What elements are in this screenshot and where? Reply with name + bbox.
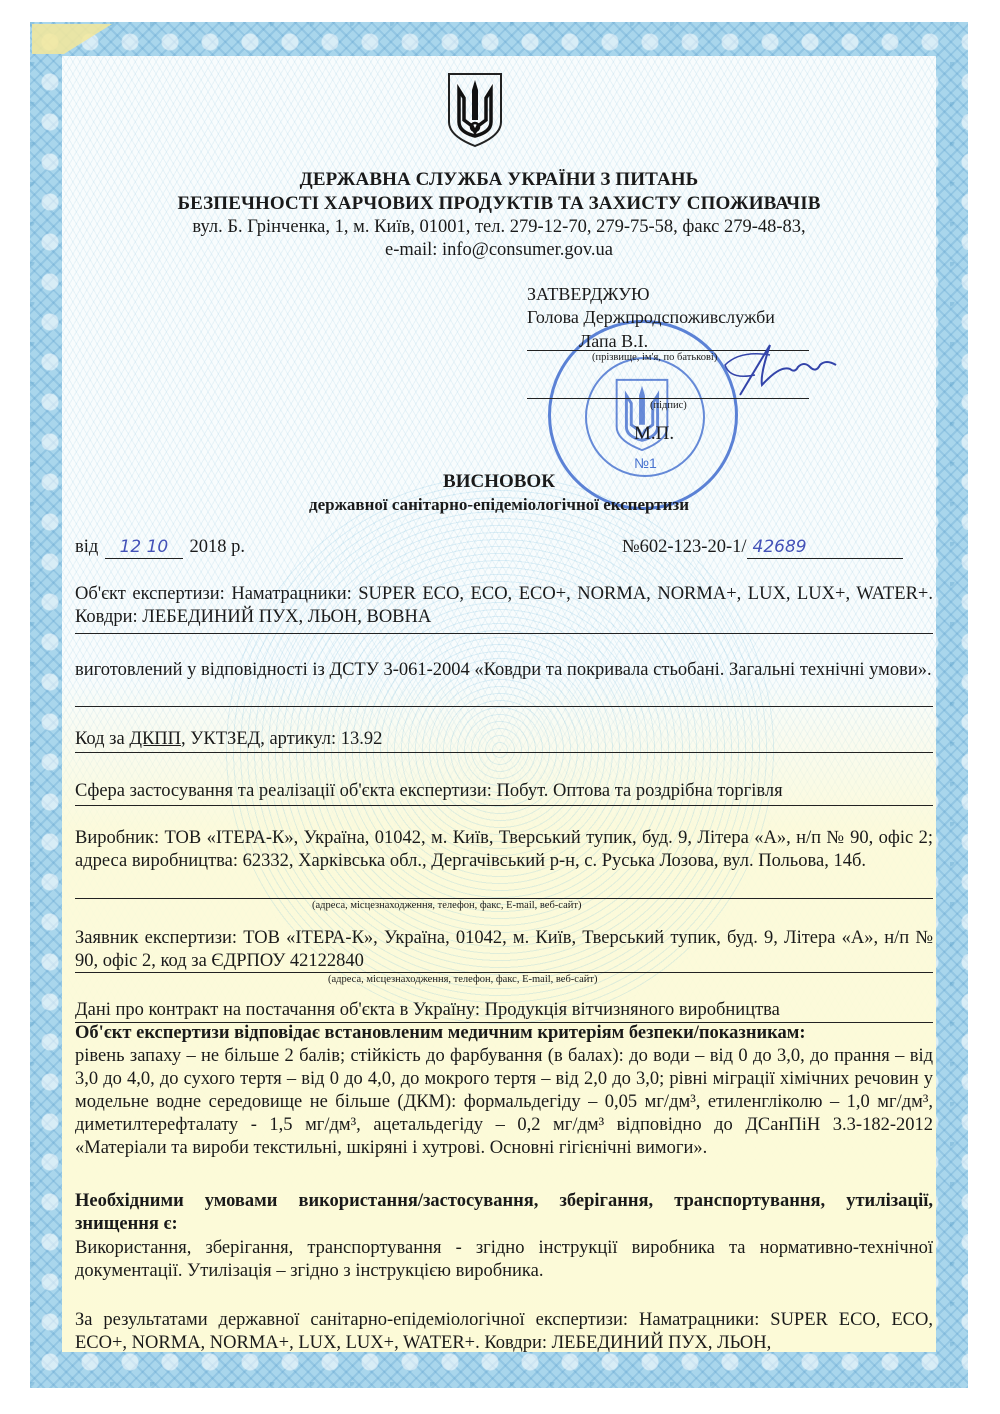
contract-data: Дані про контракт на постачання об'єкта … bbox=[75, 999, 933, 1022]
rule-applicant bbox=[75, 972, 933, 973]
code-prefix: Код за bbox=[75, 729, 129, 749]
seal-place-label: М.П. bbox=[634, 423, 674, 445]
document-number-prefix: №602-123-20-1/ bbox=[622, 537, 747, 557]
rule-scope bbox=[75, 805, 933, 806]
document-number-field: №602-123-20-1/ 42689 bbox=[622, 537, 903, 559]
manufacturer-address-caption: (адреса, місцезнаходження, телефон, факс… bbox=[312, 900, 581, 911]
rule-object bbox=[75, 633, 933, 634]
date-field: від 12 10 2018 р. bbox=[75, 537, 245, 559]
approve-label: ЗАТВЕРДЖУЮ bbox=[527, 283, 827, 306]
document-title: ВИСНОВОК державної санітарно-епідеміолог… bbox=[62, 470, 936, 516]
name-caption: (прізвище, ім'я, по батькові) bbox=[592, 352, 717, 363]
product-code: Код за ДКПП, УКТЗЕД, артикул: 13.92 bbox=[75, 728, 933, 751]
applicant: Заявник експертизи: ТОВ «ІТЕРА-К», Украї… bbox=[75, 927, 933, 973]
rule-manufacturer bbox=[75, 898, 933, 899]
issuer-name-line2: БЕЗПЕЧНОСТІ ХАРЧОВИХ ПРОДУКТІВ ТА ЗАХИСТ… bbox=[62, 192, 936, 216]
title-main: ВИСНОВОК bbox=[62, 470, 936, 494]
approver-name: Лапа В.І. bbox=[579, 331, 648, 351]
code-suffix: , УКТЗЕД, артикул: 13.92 bbox=[181, 729, 382, 749]
applicant-address-caption: (адреса, місцезнаходження, телефон, факс… bbox=[328, 974, 597, 985]
date-from-label: від bbox=[75, 537, 98, 557]
issuer-header: ДЕРЖАВНА СЛУЖБА УКРАЇНИ З ПИТАНЬ БЕЗПЕЧН… bbox=[62, 168, 936, 262]
date-handwritten: 12 10 bbox=[120, 537, 169, 557]
date-year: 2018 р. bbox=[190, 537, 246, 557]
issuer-name-line1: ДЕРЖАВНА СЛУЖБА УКРАЇНИ З ПИТАНЬ bbox=[62, 168, 936, 192]
trident-coat-of-arms-icon bbox=[445, 70, 505, 150]
object-of-expertise: Об'єкт експертизи: Наматрацники: SUPER E… bbox=[75, 583, 933, 629]
conditions-text: Використання, зберігання, транспортуванн… bbox=[75, 1237, 933, 1283]
criteria-text: рівень запаху – не більше 2 балів; стійк… bbox=[75, 1045, 933, 1160]
criteria-heading: Об'єкт експертизи відповідає встановлени… bbox=[75, 1022, 933, 1045]
dkpp-link[interactable]: ДКПП bbox=[129, 729, 181, 749]
scope-of-application: Сфера застосування та реалізації об'єкта… bbox=[75, 780, 933, 803]
title-sub: державної санітарно-епідеміологічної екс… bbox=[62, 494, 936, 516]
standard-compliance: виготовлений у відповідності із ДСТУ 3-0… bbox=[75, 659, 933, 682]
signature-caption: (підпис) bbox=[650, 400, 687, 411]
approval-block: ЗАТВЕРДЖУЮ Голова Держпродспоживслужби Л… bbox=[527, 283, 827, 329]
issuer-email: e-mail: info@consumer.gov.ua bbox=[62, 239, 936, 262]
manufacturer: Виробник: ТОВ «ІТЕРА-К», Україна, 01042,… bbox=[75, 827, 933, 873]
rule-code bbox=[75, 752, 933, 753]
document-number-handwritten: 42689 bbox=[753, 537, 807, 557]
rule-standard bbox=[75, 706, 933, 707]
approver-position: Голова Держпродспоживслужби bbox=[527, 306, 827, 329]
issuer-address: вул. Б. Грінченка, 1, м. Київ, 01001, те… bbox=[62, 216, 936, 239]
conditions-heading: Необхідними умовами використання/застосу… bbox=[75, 1190, 933, 1236]
handwritten-signature bbox=[700, 335, 840, 405]
stamp-number: №1 bbox=[634, 455, 657, 471]
expertise-results: За результатами державної санітарно-епід… bbox=[75, 1309, 933, 1355]
